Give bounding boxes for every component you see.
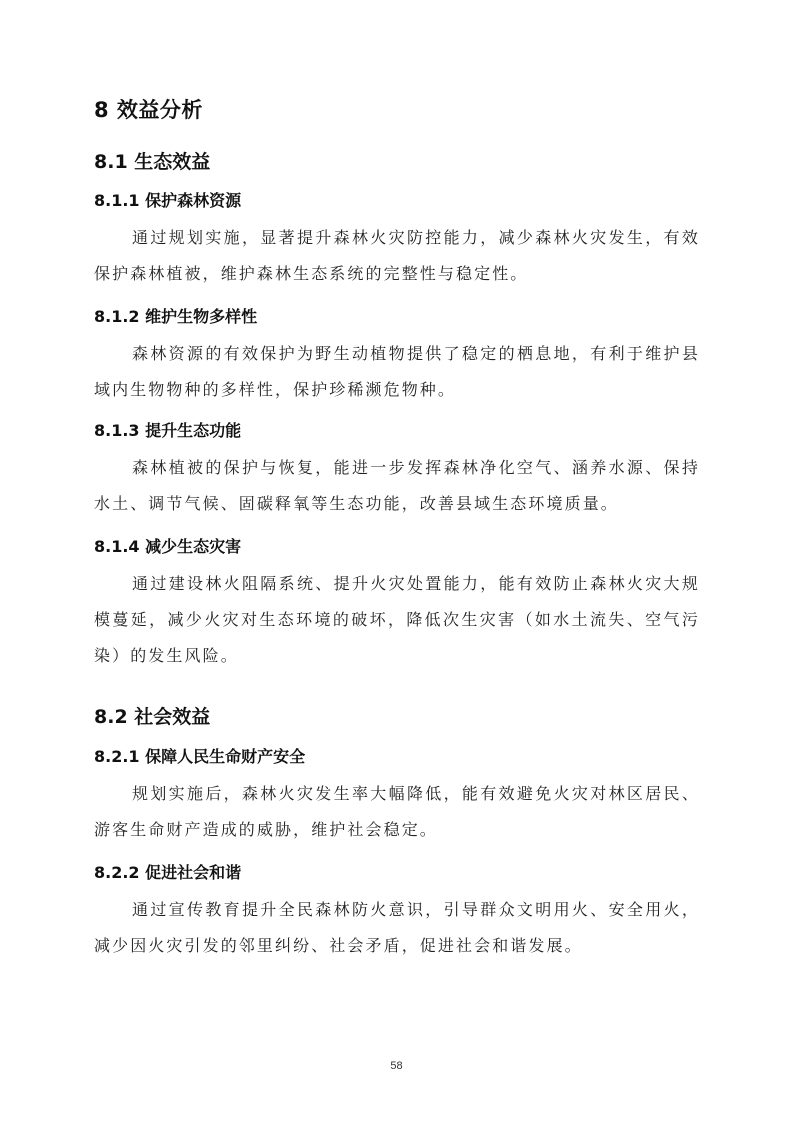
paragraph-8-1-2: 森林资源的有效保护为野生动植物提供了稳定的栖息地，有利于维护县域内生物物种的多样… (94, 336, 700, 408)
paragraph-8-2-2: 通过宣传教育提升全民森林防火意识，引导群众文明用火、安全用火，减少因火灾引发的邻… (94, 892, 700, 964)
section-title-social: 8.2 社会效益 (94, 704, 210, 730)
paragraph-8-2-1: 规划实施后，森林火灾发生率大幅降低，能有效避免火灾对林区居民、游客生命财产造成的… (94, 776, 700, 848)
document-page: 8 效益分析 8.1 生态效益 8.1.1 保护森林资源 通过规划实施，显著提升… (0, 0, 793, 1122)
page-number: 58 (0, 1060, 793, 1072)
subsection-title-8-1-4: 8.1.4 减少生态灾害 (94, 536, 241, 558)
subsection-title-8-2-2: 8.2.2 促进社会和谐 (94, 862, 241, 884)
paragraph-8-1-1: 通过规划实施，显著提升森林火灾防控能力，减少森林火灾发生，有效保护森林植被，维护… (94, 220, 700, 292)
subsection-title-8-1-3: 8.1.3 提升生态功能 (94, 420, 241, 442)
chapter-title: 8 效益分析 (94, 96, 203, 124)
section-title-ecological: 8.1 生态效益 (94, 149, 210, 175)
subsection-title-8-1-1: 8.1.1 保护森林资源 (94, 190, 241, 212)
subsection-title-8-1-2: 8.1.2 维护生物多样性 (94, 306, 257, 328)
subsection-title-8-2-1: 8.2.1 保障人民生命财产安全 (94, 746, 305, 768)
paragraph-8-1-3: 森林植被的保护与恢复，能进一步发挥森林净化空气、涵养水源、保持水土、调节气候、固… (94, 450, 700, 522)
paragraph-8-1-4: 通过建设林火阻隔系统、提升火灾处置能力，能有效防止森林火灾大规模蔓延，减少火灾对… (94, 566, 700, 674)
